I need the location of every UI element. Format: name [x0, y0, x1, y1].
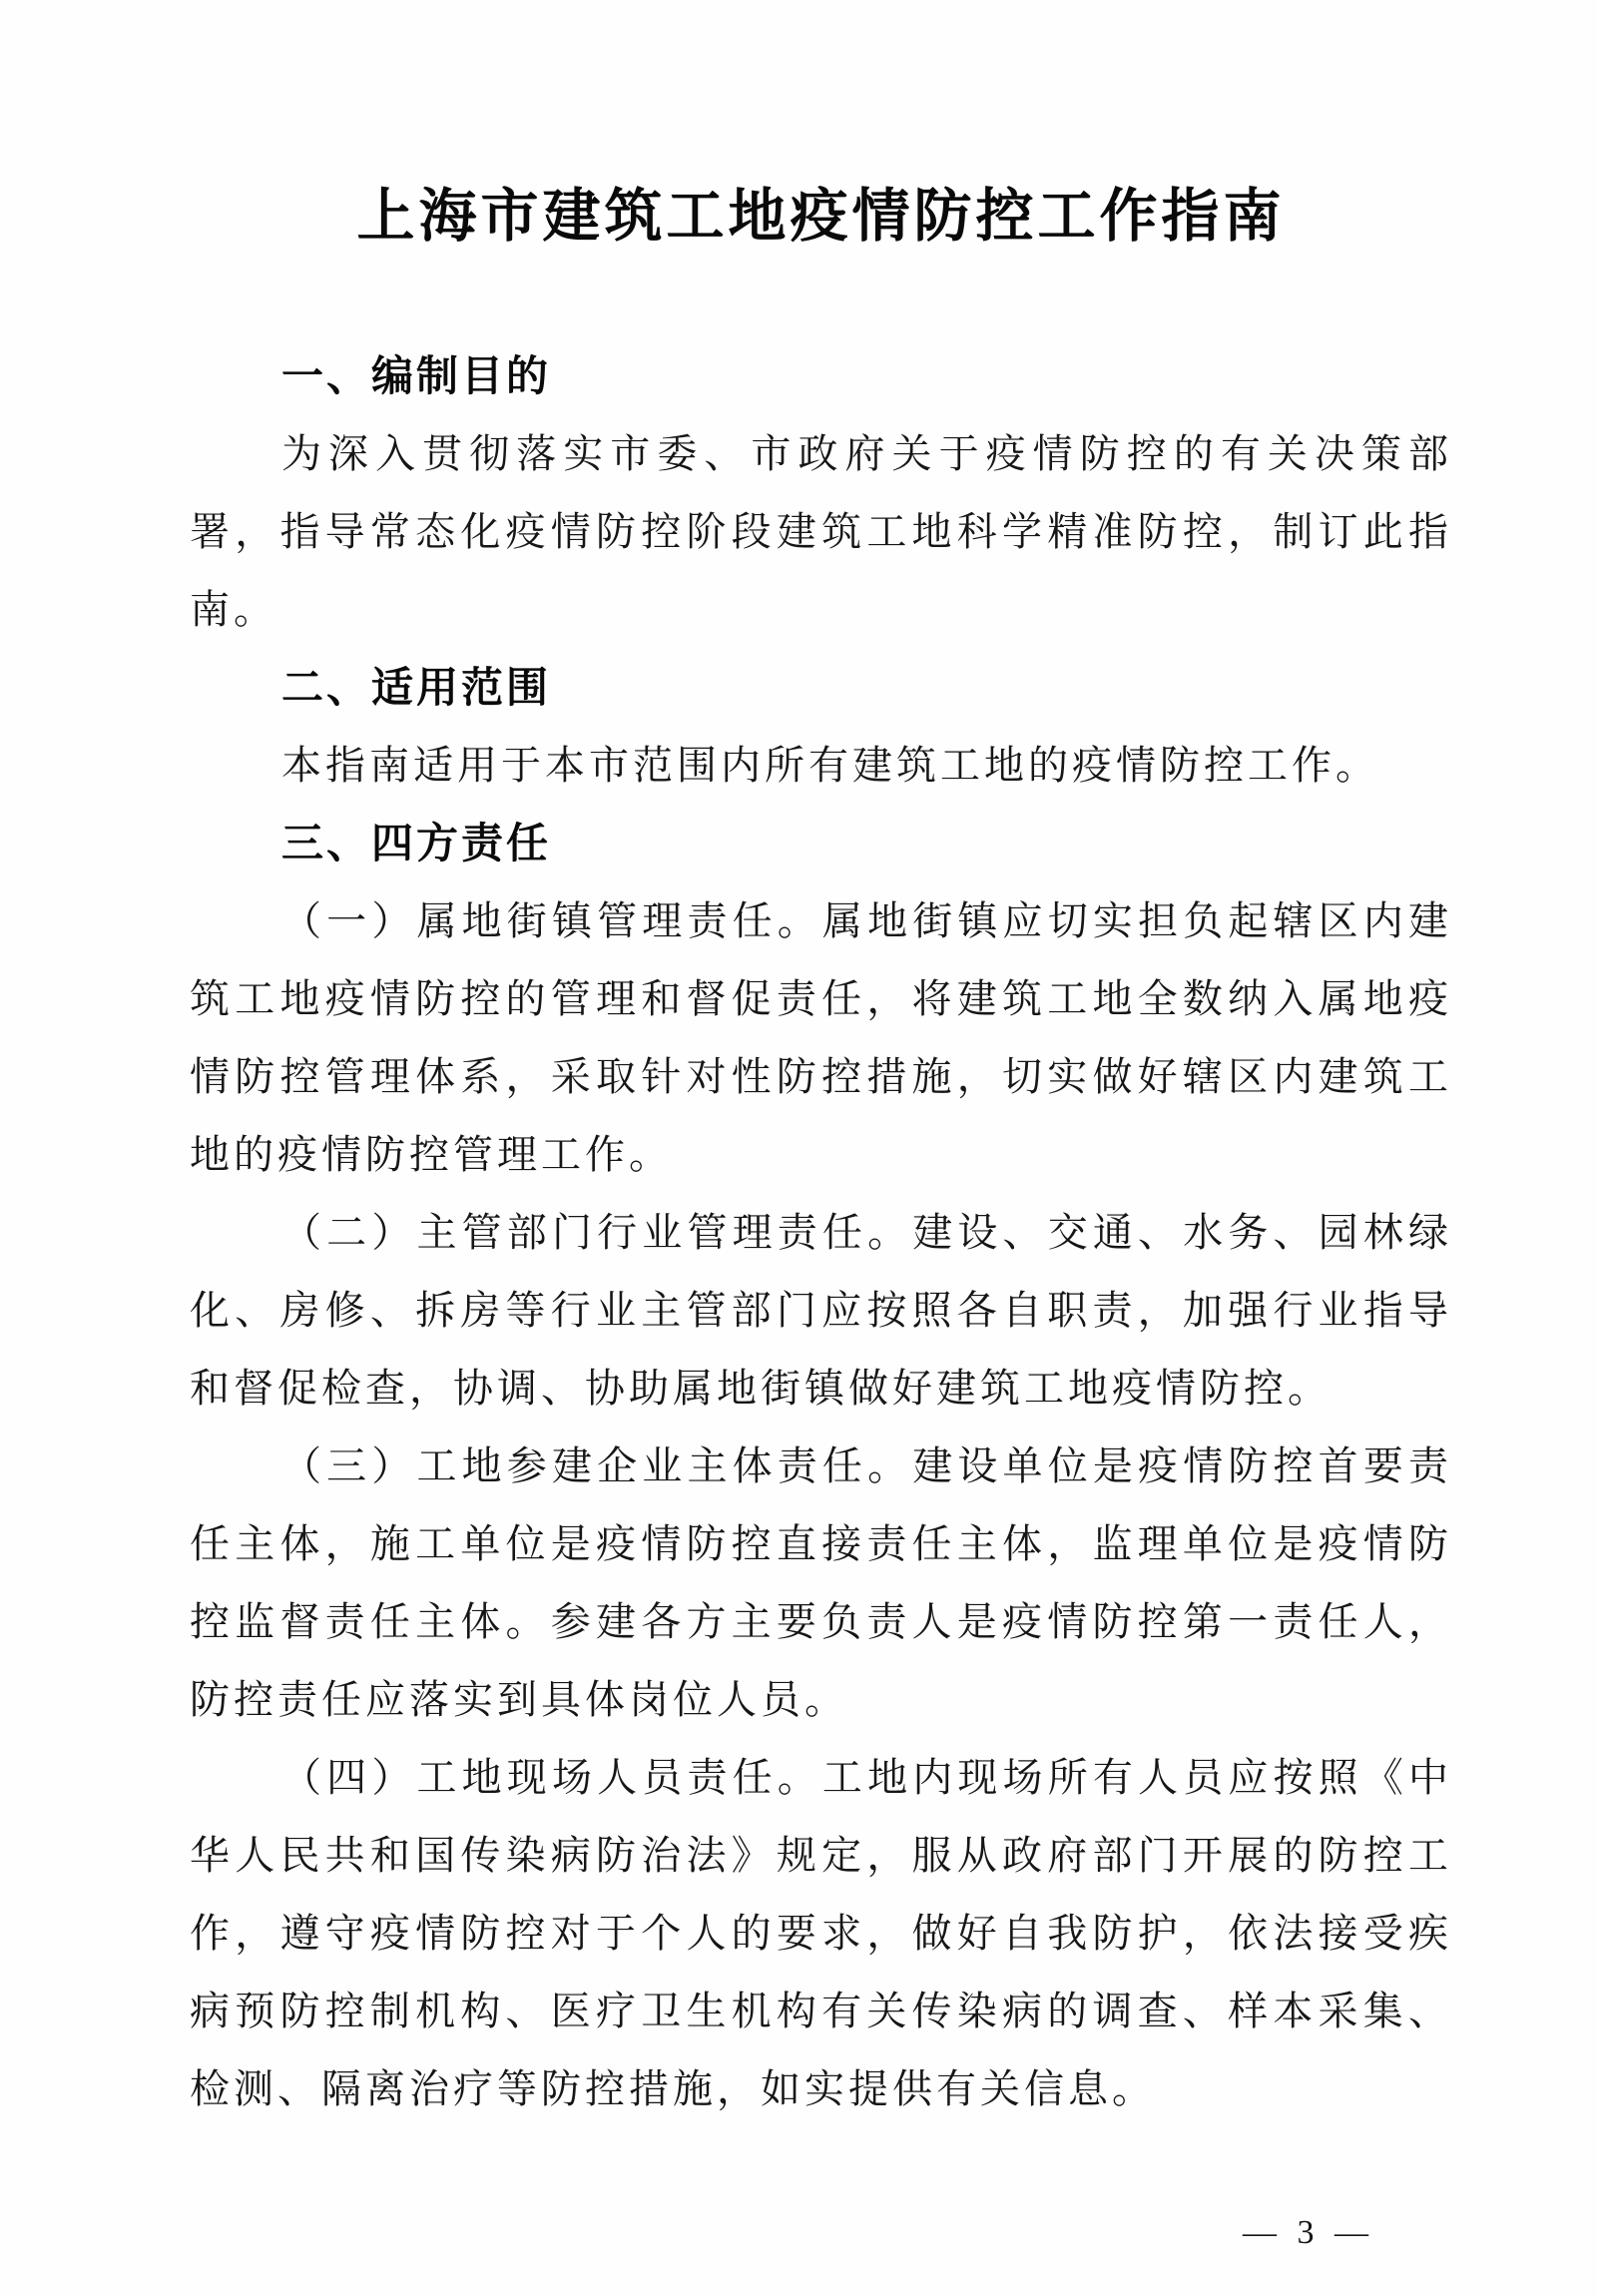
section-purpose: 一、编制目的 为深入贯彻落实市委、市政府关于疫情防控的有关决策部 署，指导常态化…	[190, 337, 1452, 649]
page-number: — 3 —	[190, 2213, 1452, 2253]
text-line: 作，遵守疫情防控对于个人的要求，做好自我防护，依法接受疾	[190, 1895, 1452, 1973]
text-line: 地的疫情防控管理工作。	[190, 1116, 1452, 1194]
text-line: （三）工地参建企业主体责任。建设单位是疫情防控首要责	[190, 1428, 1452, 1505]
section-heading-purpose: 一、编制目的	[190, 337, 1452, 415]
text-line: 署，指导常态化疫情防控阶段建筑工地科学精准防控，制订此指	[190, 493, 1452, 571]
text-line: （二）主管部门行业管理责任。建设、交通、水务、园林绿	[190, 1194, 1452, 1272]
paragraph-street-town-responsibility: （一）属地街镇管理责任。属地街镇应切实担负起辖区内建 筑工地疫情防控的管理和督促…	[190, 882, 1452, 1194]
text-line: 化、房修、拆房等行业主管部门应按照各自职责，加强行业指导	[190, 1272, 1452, 1350]
text-line: 情防控管理体系，采取针对性防控措施，切实做好辖区内建筑工	[190, 1038, 1452, 1116]
section-responsibilities: 三、四方责任 （一）属地街镇管理责任。属地街镇应切实担负起辖区内建 筑工地疫情防…	[190, 805, 1452, 2128]
text-line: 南。	[190, 571, 1452, 649]
paragraph-site-personnel-responsibility: （四）工地现场人员责任。工地内现场所有人员应按照《中 华人民共和国传染病防治法》…	[190, 1739, 1452, 2128]
text-line: 病预防控制机构、医疗卫生机构有关传染病的调查、样本采集、	[190, 1973, 1452, 2050]
paragraph-enterprise-responsibility: （三）工地参建企业主体责任。建设单位是疫情防控首要责 任主体，施工单位是疫情防控…	[190, 1428, 1452, 1739]
text-line: 本指南适用于本市范围内所有建筑工地的疫情防控工作。	[190, 727, 1452, 805]
document-title: 上海市建筑工地疫情防控工作指南	[190, 174, 1452, 259]
text-line: （四）工地现场人员责任。工地内现场所有人员应按照《中	[190, 1739, 1452, 1817]
text-line: 控监督责任主体。参建各方主要负责人是疫情防控第一责任人，	[190, 1583, 1452, 1661]
text-line: 检测、隔离治疗等防控措施，如实提供有关信息。	[190, 2050, 1452, 2128]
section-heading-responsibilities: 三、四方责任	[190, 805, 1452, 882]
paragraph-industry-authority-responsibility: （二）主管部门行业管理责任。建设、交通、水务、园林绿 化、房修、拆房等行业主管部…	[190, 1194, 1452, 1428]
text-line: 防控责任应落实到具体岗位人员。	[190, 1661, 1452, 1739]
text-line: 和督促检查，协调、协助属地街镇做好建筑工地疫情防控。	[190, 1350, 1452, 1428]
text-line: 筑工地疫情防控的管理和督促责任，将建筑工地全数纳入属地疫	[190, 960, 1452, 1038]
section-heading-scope: 二、适用范围	[190, 649, 1452, 727]
section-scope: 二、适用范围 本指南适用于本市范围内所有建筑工地的疫情防控工作。	[190, 649, 1452, 805]
document-page: 上海市建筑工地疫情防控工作指南 一、编制目的 为深入贯彻落实市委、市政府关于疫情…	[0, 0, 1597, 2296]
text-line: （一）属地街镇管理责任。属地街镇应切实担负起辖区内建	[190, 882, 1452, 960]
text-line: 为深入贯彻落实市委、市政府关于疫情防控的有关决策部	[190, 415, 1452, 493]
text-line: 任主体，施工单位是疫情防控直接责任主体，监理单位是疫情防	[190, 1505, 1452, 1583]
text-line: 华人民共和国传染病防治法》规定，服从政府部门开展的防控工	[190, 1817, 1452, 1895]
